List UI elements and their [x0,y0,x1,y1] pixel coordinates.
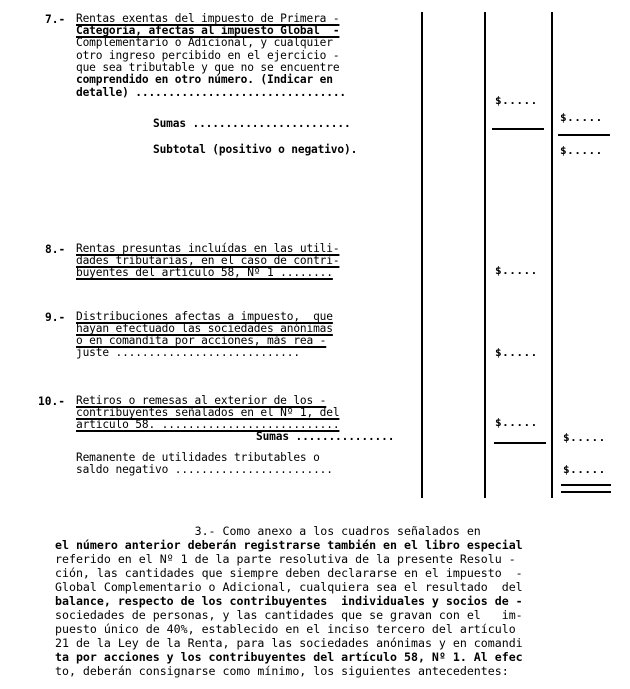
paragraph-line: sociedades de personas, y las cantidades… [55,608,625,622]
sumas-amount-field: $..... [563,431,606,444]
double-rule-top [561,484,611,486]
remanente-amount-field: $..... [563,463,606,476]
sum-rule [494,442,546,444]
paragraph-line: puesto único de 40%, establecido en el i… [55,622,625,636]
item-text-line: detalle) ...............................… [76,87,346,99]
paragraph-line: 3.- Como anexo a los cuadros señalados e… [55,524,625,538]
paragraph-line: Global Complementario o Adicional, cualq… [55,580,625,594]
item-text-line: comprendido en otro número. (Indicar en [76,74,333,86]
column-rule-2 [484,12,486,498]
remanente-line: saldo negativo ........................ [76,464,333,476]
column-rule-3 [551,12,553,498]
subtotal-label: Subtotal (positivo o negativo). [153,144,357,156]
item-number: 7.- [45,13,65,26]
amount-field: $..... [495,264,538,277]
amount-field: $..... [495,94,538,107]
item-text-line: Complementario o Adicional, y cualquier [76,37,333,49]
paragraph-line: 21 de la Ley de la Renta, para las socie… [55,636,625,650]
amount-field: $..... [495,346,538,359]
item-text-line: buyentes del artículo 58, Nº 1 ........ [76,267,333,279]
item-number: 10.- [38,395,65,408]
paragraph-line: el número anterior deberán registrarse t… [55,538,625,552]
amount-field: $..... [495,416,538,429]
item-number: 9.- [45,311,65,324]
sumas-label: Sumas ............... [256,431,394,443]
item-text-line: juste ............................ [76,347,300,359]
sum-rule [558,134,610,136]
sumas-label: Sumas ........................ [153,118,351,130]
subtotal-amount-field: $..... [560,144,603,157]
paragraph-line: referido en el Nº 1 de la parte resoluti… [55,552,625,566]
paragraph-line: balance, respecto de los contribuyentes … [55,594,625,608]
sum-rule [492,128,544,130]
paragraph-line: ta por acciones y los contribuyentes del… [55,650,625,664]
paragraph-line: to, deberán consignarse como mínimo, los… [55,664,625,678]
item-number: 8.- [45,243,65,256]
sumas-amount-field: $..... [560,111,603,124]
paragraph-line: ción, las cantidades que siempre deben d… [55,566,625,580]
double-rule-bottom [561,491,611,493]
column-rule-1 [421,12,423,498]
